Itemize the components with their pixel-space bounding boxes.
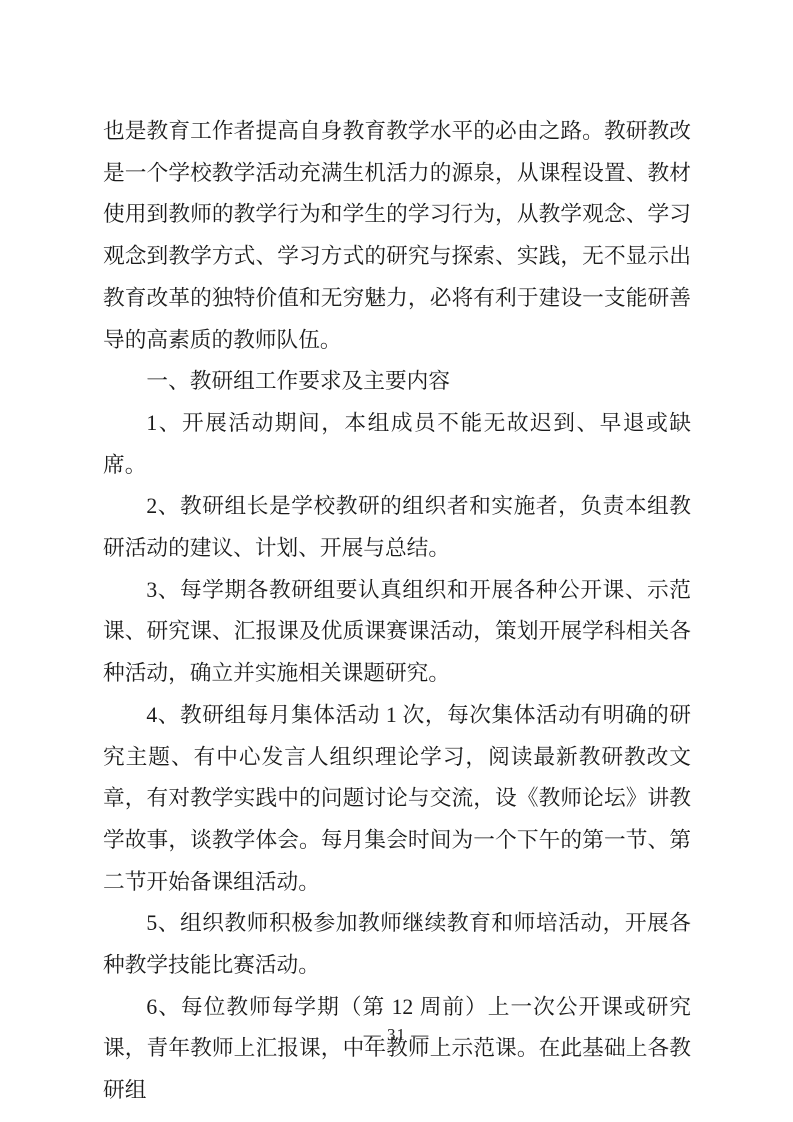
- paragraph: 1、开展活动期间，本组成员不能无故迟到、早退或缺席。: [103, 403, 691, 486]
- paragraph: 3、每学期各教研组要认真组织和开展各种公开课、示范课、研究课、汇报课及优质课赛课…: [103, 570, 691, 695]
- document-page: 也是教育工作者提高自身教育教学水平的必由之路。教研教改是一个学校教学活动充满生机…: [0, 0, 793, 1122]
- paragraph: 一、教研组工作要求及主要内容: [103, 361, 691, 403]
- paragraph: 4、教研组每月集体活动 1 次，每次集体活动有明确的研究主题、有中心发言人组织理…: [103, 695, 691, 904]
- paragraph: 5、组织教师积极参加教师继续教育和师培活动，开展各种教学技能比赛活动。: [103, 903, 691, 986]
- paragraph: 也是教育工作者提高自身教育教学水平的必由之路。教研教改是一个学校教学活动充满生机…: [103, 111, 691, 361]
- page-number: — 31 —: [0, 1024, 793, 1046]
- paragraph: 2、教研组长是学校教研的组织者和实施者，负责本组教研活动的建议、计划、开展与总结…: [103, 486, 691, 569]
- paragraph: 6、每位教师每学期（第 12 周前）上一次公开课或研究课，青年教师上汇报课，中年…: [103, 987, 691, 1112]
- document-body: 也是教育工作者提高自身教育教学水平的必由之路。教研教改是一个学校教学活动充满生机…: [103, 111, 691, 1112]
